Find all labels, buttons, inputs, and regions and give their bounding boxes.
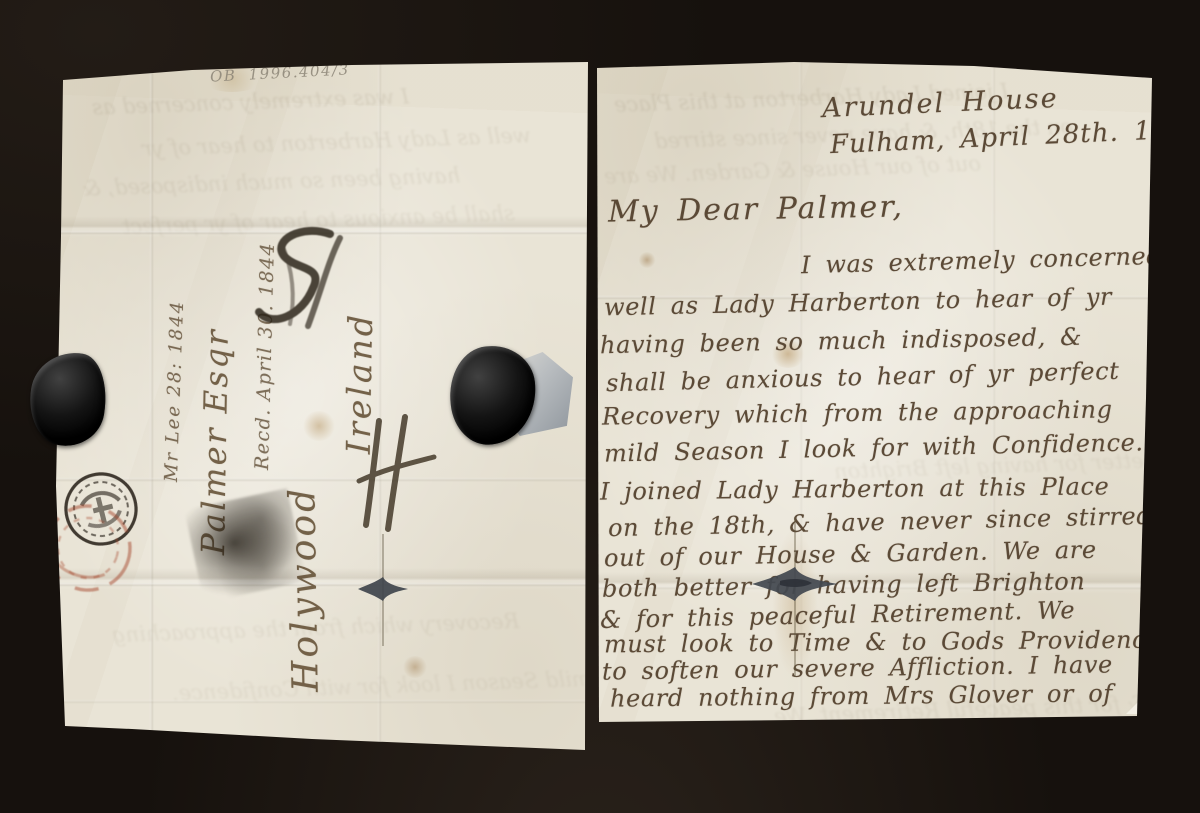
seal-showthrough-mark [752,565,838,603]
rate-mark-strokes [355,415,437,533]
letter-line: Recovery which from the approaching [602,395,1113,430]
letter-line: I joined Lady Harberton at this Place [600,472,1110,505]
letter-line: well as Lady Harberton to hear of yr [604,283,1113,322]
docket-note: Mr Lee 28: 1844 [161,299,188,482]
letter-text-page: I joined Lady Harberton at this Place on… [594,58,1154,723]
letter-address-page: I was extremely concerned as well as Lad… [52,56,590,754]
rate-mark-ink-scrawl [250,224,360,344]
photo-background: I was extremely concerned as well as Lad… [0,0,1200,813]
letter-line: mild Season I look for with Confidence. [604,428,1144,467]
letter-line: shall be anxious to hear of yr perfect [606,357,1120,398]
letter-line: out of our House & Garden. We are [604,536,1097,573]
letter-line: having been so much indisposed, & [600,323,1082,359]
seal-showthrough-mark [358,576,408,602]
letter-line: I was extremely concerned as [801,241,1200,280]
letter-body-lines: I was extremely concerned aswell as Lady… [594,58,1154,723]
letter-line: heard nothing from Mrs Glover or of [610,679,1113,712]
